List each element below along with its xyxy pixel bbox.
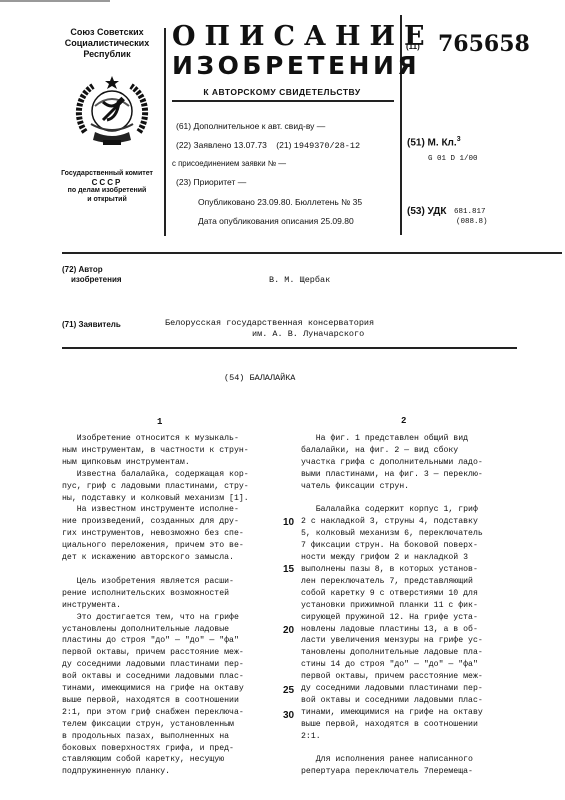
attached-application: с присоединением заявки № — bbox=[172, 159, 286, 169]
publication-date: Опубликовано 23.09.80. Бюллетень № 35 bbox=[198, 197, 362, 207]
invention-title: (54) БАЛАЛАЙКА bbox=[224, 373, 295, 383]
field-53-label: (53) УДК bbox=[407, 206, 447, 217]
field-53-value: 681.817 (088.8) bbox=[454, 207, 488, 227]
field-22-21: (22) Заявлено 13.07.73 (21) 1949370/28-1… bbox=[176, 140, 360, 151]
field-71-label: (71) Заявитель bbox=[62, 320, 121, 330]
union-line-1: Союз Советских bbox=[52, 27, 162, 38]
field-51-label: (51) М. Кл.3 bbox=[407, 136, 461, 148]
line-number-20: 20 bbox=[283, 625, 294, 636]
document-title-line-2: ИЗОБРЕТЕНИЯ bbox=[172, 52, 420, 80]
applicant-line-2: им. А. В. Луначарского bbox=[252, 329, 364, 339]
patent-number-code: (11) bbox=[406, 42, 420, 51]
line-number-30: 30 bbox=[283, 710, 294, 721]
scan-edge-line bbox=[0, 0, 110, 2]
field-21-value: 1949370/28-12 bbox=[294, 141, 360, 151]
field-51-value: G 01 D 1/00 bbox=[428, 155, 478, 163]
committee-line-4: и открытий bbox=[52, 196, 162, 205]
issuing-state: Союз Советских Социалистических Республи… bbox=[52, 27, 162, 60]
column-number-1: 1 bbox=[157, 417, 162, 427]
line-number-25: 25 bbox=[283, 685, 294, 696]
union-line-2: Социалистических bbox=[52, 38, 162, 49]
line-number-15: 15 bbox=[283, 564, 294, 575]
ussr-coat-of-arms-icon bbox=[73, 74, 151, 150]
field-21-label: (21) bbox=[276, 140, 291, 150]
column-number-2: 2 bbox=[401, 416, 406, 426]
header-divider-left bbox=[164, 28, 166, 236]
field-22-label: (22) Заявлено bbox=[176, 140, 231, 150]
section-divider-1 bbox=[62, 252, 562, 254]
union-line-3: Республик bbox=[52, 49, 162, 60]
field-22-value: 13.07.73 bbox=[234, 140, 267, 150]
line-number-10: 10 bbox=[283, 517, 294, 528]
subtitle-underline bbox=[172, 100, 394, 102]
document-subtitle: К АВТОРСКОМУ СВИДЕТЕЛЬСТВУ bbox=[173, 87, 391, 97]
issuing-committee: Государственный комитет СССР по делам из… bbox=[52, 170, 162, 204]
field-72-label: (72) Автор изобретения bbox=[62, 265, 122, 285]
field-61: (61) Дополнительное к авт. свид-ву — bbox=[176, 121, 325, 131]
field-23: (23) Приоритет — bbox=[176, 177, 246, 187]
section-divider-2 bbox=[62, 347, 517, 349]
document-title-line-1: ОПИСАНИЕ bbox=[172, 22, 434, 52]
applicant-line-1: Белорусская государственная консерватори… bbox=[165, 318, 374, 328]
description-date: Дата опубликования описания 25.09.80 bbox=[198, 216, 354, 226]
committee-line-2: СССР bbox=[52, 179, 162, 188]
committee-line-3: по делам изобретений bbox=[52, 187, 162, 196]
column-right-text: На фиг. 1 представлен общий вид балалайк… bbox=[301, 433, 483, 778]
inventor-name: В. М. Щербак bbox=[269, 275, 330, 285]
column-left-text: Изобретение относится к музыкаль- ным ин… bbox=[62, 433, 249, 778]
patent-number: 765658 bbox=[438, 31, 530, 57]
